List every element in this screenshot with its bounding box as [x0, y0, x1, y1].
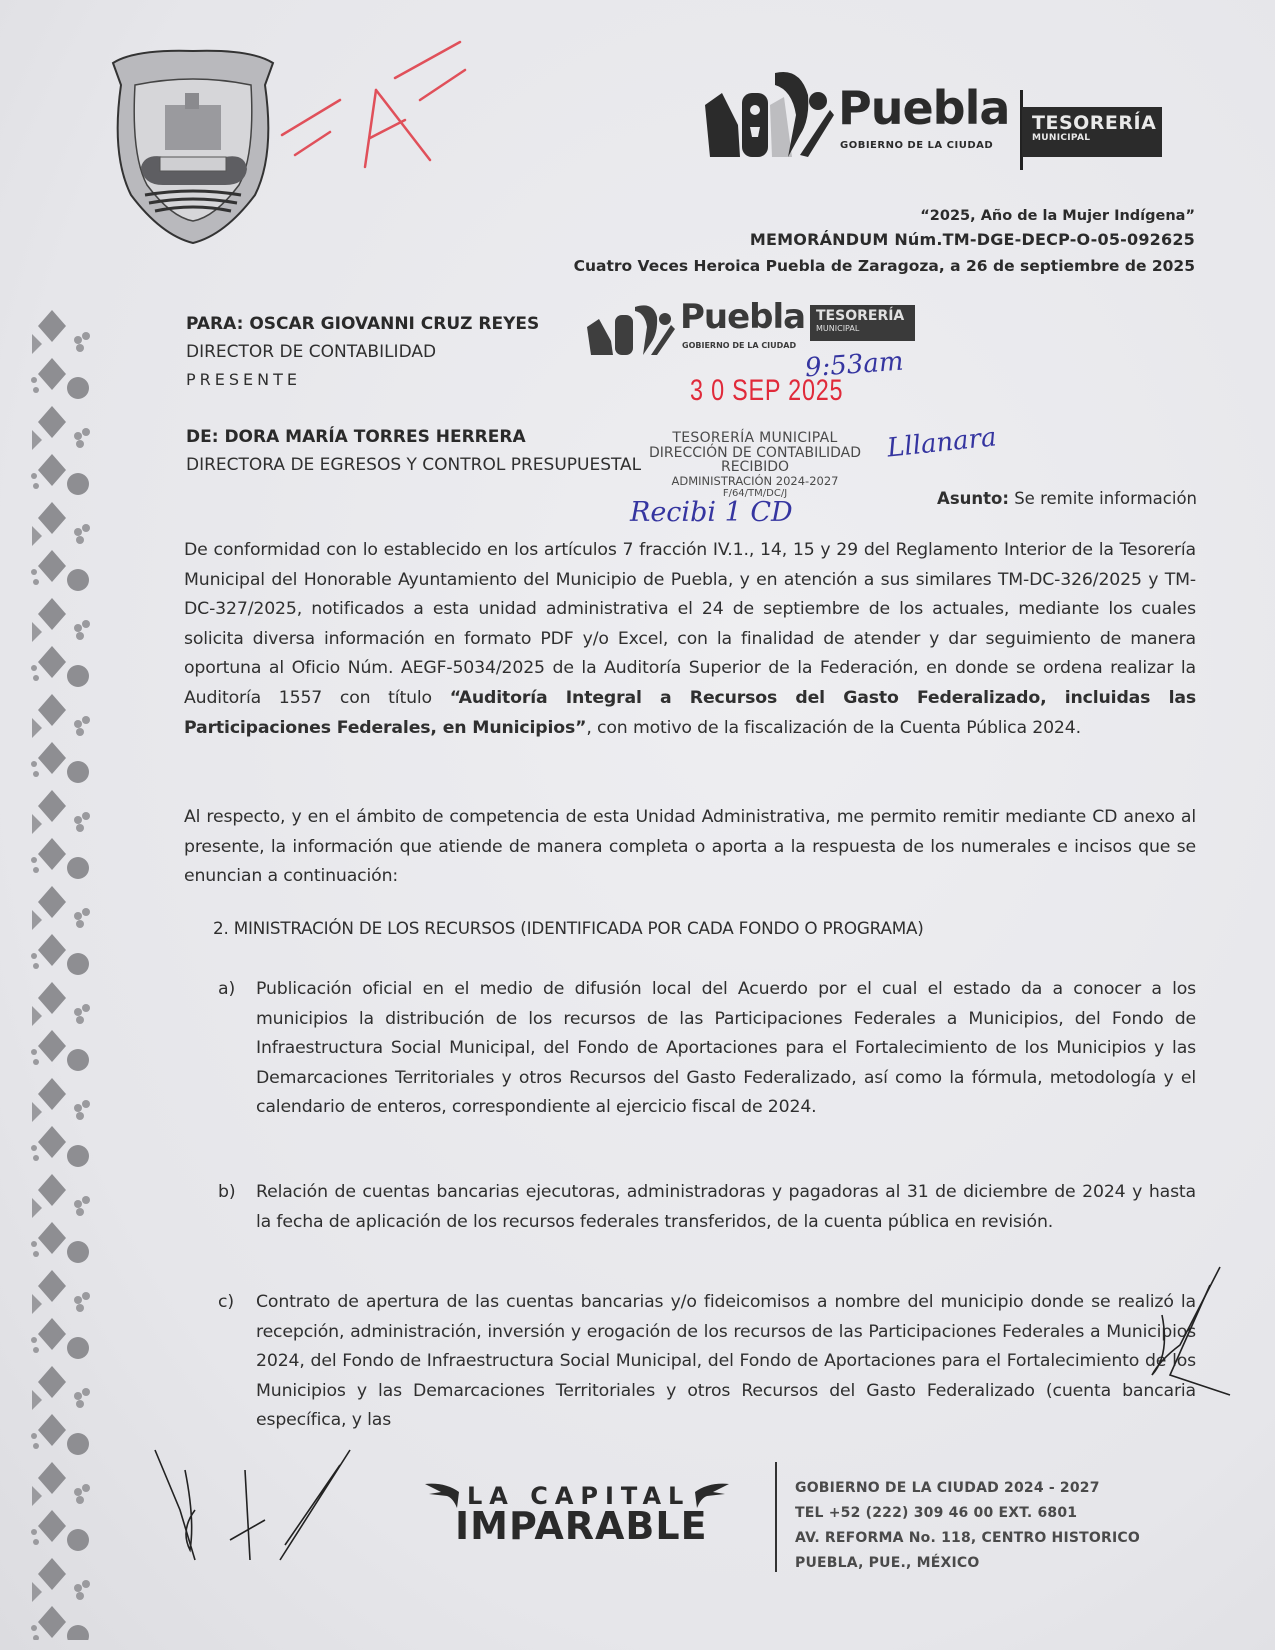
- stamp-skyline-icon: [585, 297, 677, 357]
- footer-city: PUEBLA, PUE., MÉXICO: [795, 1551, 1140, 1576]
- handwritten-time: 9:53am: [804, 347, 904, 384]
- item-label: b): [218, 1178, 235, 1208]
- subject-text: Se remite información: [1009, 489, 1197, 508]
- city-crest-icon: [105, 45, 280, 245]
- item-label: c): [218, 1288, 234, 1318]
- list-item-b: b) Relación de cuentas bancarias ejecuto…: [218, 1178, 1196, 1237]
- footer-contact-info: GOBIERNO DE LA CIUDAD 2024 - 2027 TEL +5…: [795, 1476, 1140, 1576]
- recipient-role: DIRECTOR DE CONTABILIDAD: [186, 338, 539, 366]
- city-skyline-logo-icon: [700, 65, 835, 160]
- stamp-treasury-badge: TESORERÍA MUNICIPAL: [810, 305, 915, 341]
- body-paragraph-1: De conformidad con lo establecido en los…: [184, 536, 1196, 743]
- paragraph-1-closing: , con motivo de la fiscalización de la C…: [586, 718, 1081, 738]
- treasury-badge-title: TESORERÍA: [1032, 113, 1162, 133]
- stamp-line-administration: ADMINISTRACIÓN 2024-2027: [625, 475, 885, 488]
- body-paragraph-2: Al respecto, y en el ámbito de competenc…: [184, 803, 1196, 892]
- header-logo: Puebla GOBIERNO DE LA CIUDAD TESORERÍA M…: [700, 65, 1170, 165]
- sender-role: DIRECTORA DE EGRESOS Y CONTROL PRESUPUES…: [186, 451, 641, 479]
- item-text: Contrato de apertura de las cuentas banc…: [256, 1288, 1196, 1436]
- footer-government-period: GOBIERNO DE LA CIUDAD 2024 - 2027: [795, 1476, 1140, 1501]
- handwritten-receiver-name: Lllanara: [886, 422, 998, 463]
- list-item-c: c) Contrato de apertura de las cuentas b…: [218, 1288, 1196, 1436]
- stamp-logo-wordmark: Puebla: [680, 297, 805, 337]
- margin-signature: [1150, 1265, 1260, 1415]
- section-title: 2. MINISTRACIÓN DE LOS RECURSOS (IDENTIF…: [213, 918, 924, 938]
- item-text: Publicación oficial en el medio de difus…: [256, 975, 1196, 1123]
- item-label: a): [218, 975, 235, 1005]
- initials-signatures: [150, 1440, 370, 1570]
- footer-divider: [775, 1462, 777, 1572]
- sender-name: DE: DORA MARÍA TORRES HERRERA: [186, 423, 641, 451]
- document-page: Puebla GOBIERNO DE LA CIUDAD TESORERÍA M…: [0, 0, 1275, 1650]
- stamp-badge-title: TESORERÍA: [816, 308, 915, 324]
- list-item-a: a) Publicación oficial en el medio de di…: [218, 975, 1196, 1123]
- item-text: Relación de cuentas bancarias ejecutoras…: [256, 1178, 1196, 1237]
- stamp-line-direction: DIRECCIÓN DE CONTABILIDAD: [625, 446, 885, 460]
- stamp-badge-subtitle: MUNICIPAL: [816, 324, 915, 333]
- year-motto: “2025, Año de la Mujer Indígena”: [574, 205, 1195, 227]
- slogan-bottom: IMPARABLE: [455, 1504, 708, 1548]
- memo-header: “2025, Año de la Mujer Indígena” MEMORÁN…: [574, 205, 1195, 279]
- logo-wordmark: Puebla: [838, 81, 1009, 135]
- decorative-border-ornament: [30, 310, 110, 1640]
- recipient-name: PARA: OSCAR GIOVANNI CRUZ REYES: [186, 310, 539, 338]
- recipient-present: PRESENTE: [186, 366, 539, 394]
- stamp-logo-subtitle: GOBIERNO DE LA CIUDAD: [682, 341, 796, 350]
- subject-line: Asunto: Se remite información: [937, 489, 1197, 508]
- treasury-badge: TESORERÍA MUNICIPAL: [1022, 107, 1162, 157]
- footer-slogan-logo: LA CAPITAL IMPARABLE: [425, 1480, 730, 1560]
- red-annotation-mark: [280, 20, 470, 220]
- stamp-line-received: RECIBIDO: [625, 460, 885, 475]
- place-and-date: Cuatro Veces Heroica Puebla de Zaragoza,…: [574, 253, 1195, 279]
- paragraph-1-intro: De conformidad con lo establecido en los…: [184, 540, 1196, 708]
- footer-address: AV. REFORMA No. 118, CENTRO HISTORICO: [795, 1526, 1140, 1551]
- received-stamp-text: TESORERÍA MUNICIPAL DIRECCIÓN DE CONTABI…: [625, 430, 885, 500]
- footer-phone: TEL +52 (222) 309 46 00 EXT. 6801: [795, 1501, 1140, 1526]
- handwritten-cd-note: Recibi 1 CD: [630, 497, 793, 528]
- logo-subtitle: GOBIERNO DE LA CIUDAD: [840, 140, 993, 151]
- stamp-line-treasury: TESORERÍA MUNICIPAL: [625, 430, 885, 446]
- memo-number: MEMORÁNDUM Núm.TM-DGE-DECP-O-05-092625: [574, 227, 1195, 253]
- treasury-badge-subtitle: MUNICIPAL: [1032, 133, 1162, 143]
- recipient-block: PARA: OSCAR GIOVANNI CRUZ REYES DIRECTOR…: [186, 310, 539, 394]
- sender-block: DE: DORA MARÍA TORRES HERRERA DIRECTORA …: [186, 423, 641, 479]
- subject-label: Asunto:: [937, 489, 1009, 508]
